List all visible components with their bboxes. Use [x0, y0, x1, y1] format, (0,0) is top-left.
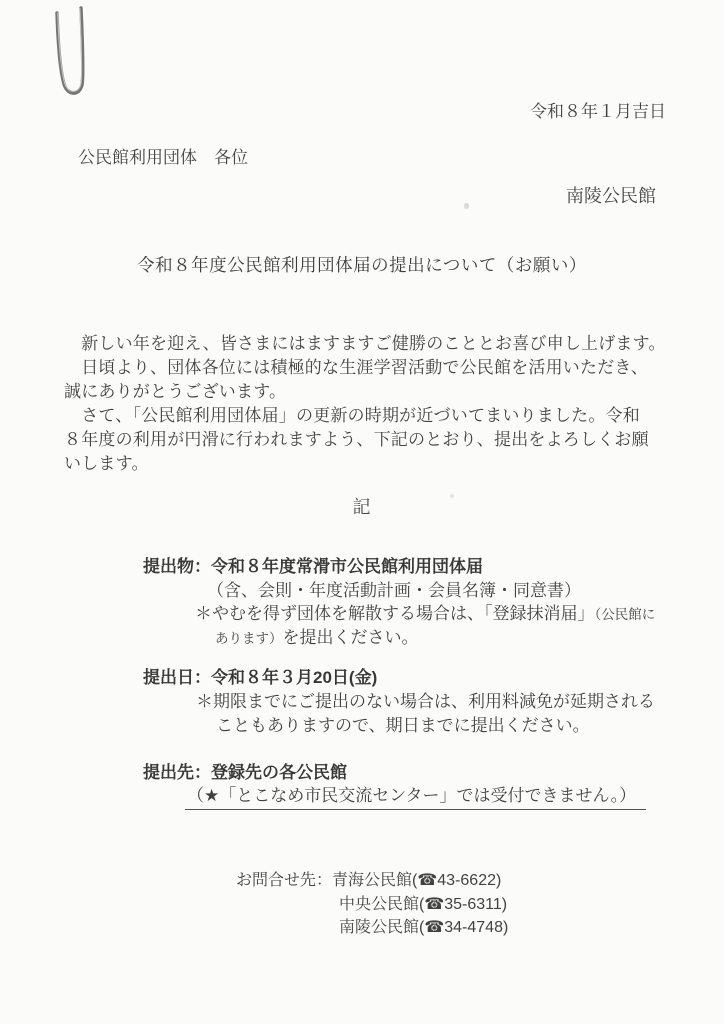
- body-line: 日頃より、団体各位には積極的な生涯学習活動で公民館を活用いただき、: [64, 356, 666, 380]
- body-line: さて、「公民館利用団体届」の更新の時期が近づいてまいりました。令和: [64, 404, 666, 428]
- dissolve-note-small-2: あります）: [215, 631, 283, 646]
- contact-entry: 青海公民館(☎43-6622): [332, 872, 501, 889]
- contact-label: お問合せ先：: [236, 872, 332, 889]
- contact-line-2: 中央公民館(☎35-6311): [339, 895, 507, 916]
- body-line: 新しい年を迎え、皆さまにはますますご健勝のこととお喜び申し上げます。: [64, 332, 666, 356]
- body-line: 誠にありがとうございます。: [64, 380, 666, 404]
- contact-line-3: 南陵公民館(☎34-4748): [339, 918, 508, 939]
- issue-date: 令和８年１月吉日: [530, 101, 666, 123]
- submission-place-heading: 提出先：登録先の各公民館: [143, 762, 347, 784]
- scan-speck: [464, 203, 469, 209]
- sender-line: 南陵公民館: [566, 185, 656, 208]
- contact-line-1: お問合せ先：青海公民館(☎43-6622): [236, 871, 501, 892]
- submission-item-dissolve-note: ＊やむを得ず団体を解散する場合は、「登録抹消届」（公民館に: [195, 603, 655, 625]
- submission-item-dissolve-note-2: あります）を提出ください。: [215, 627, 419, 649]
- body-line: いします。: [64, 452, 666, 476]
- submission-item-contents: （含、会則・年度活動計画・会員名簿・同意書）: [207, 580, 581, 602]
- recipient-line: 公民館利用団体 各位: [78, 147, 248, 169]
- submission-place-warning: （★「とこなめ市民交流センター」では受付できません。）: [185, 785, 646, 807]
- document-title: 令和８年度公民館利用団体届の提出について（お願い）: [0, 254, 724, 277]
- dissolve-note-main-2: を提出ください。: [283, 628, 419, 647]
- submission-item-heading: 提出物：令和８年度常滑市公民館利用団体届: [143, 556, 483, 578]
- body-paragraph: 新しい年を迎え、皆さまにはますますご健勝のこととお喜び申し上げます。 日頃より、…: [64, 332, 666, 476]
- body-line: ８年度の利用が円滑に行われますよう、下記のとおり、提出をよろしくお願: [64, 428, 666, 452]
- submission-date-note-1: ＊期限までにご提出のない場合は、利用料減免が延期される: [196, 691, 655, 713]
- ki-marker: 記: [0, 496, 724, 519]
- submission-date-heading: 提出日：令和８年３月20日(金): [143, 667, 377, 689]
- paperclip-icon: [38, 2, 98, 107]
- document-page: 令和８年１月吉日 公民館利用団体 各位 南陵公民館 令和８年度公民館利用団体届の…: [0, 0, 724, 1024]
- dissolve-note-main: ＊やむを得ず団体を解散する場合は、「登録抹消届」: [195, 604, 595, 623]
- dissolve-note-small: （公民館に: [595, 607, 656, 622]
- submission-date-note-2: こともありますので、期日までに提出ください。: [216, 715, 590, 737]
- submission-place-warning-text: （★「とこなめ市民交流センター」では受付できません。）: [185, 786, 646, 810]
